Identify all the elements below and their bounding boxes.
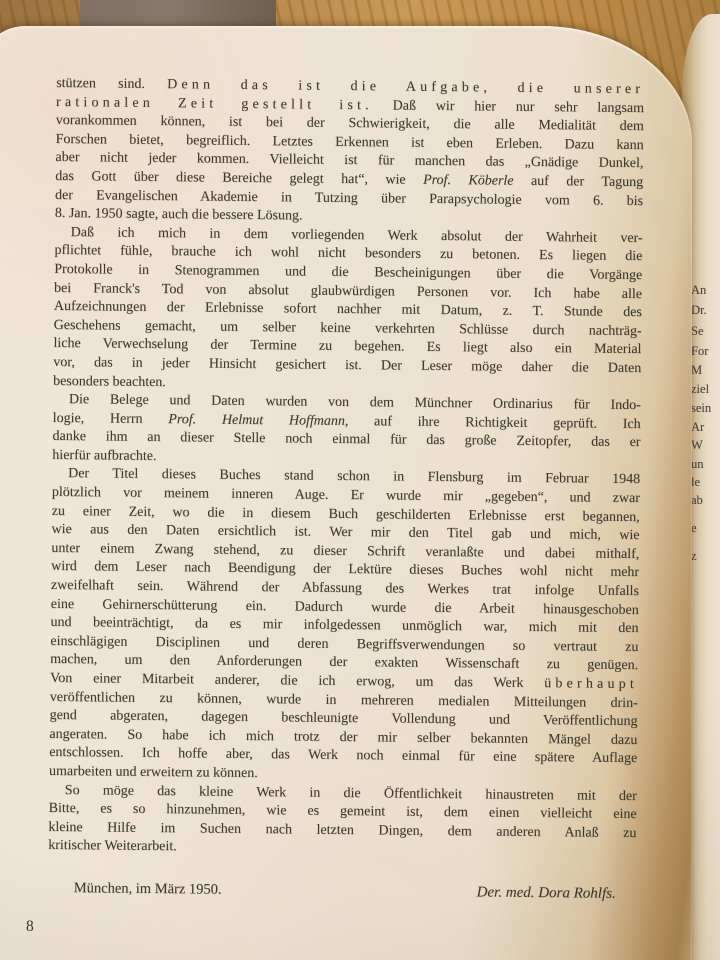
letterspaced-text: Denn das ist die Aufgabe, die unserer <box>167 77 644 97</box>
facing-page-fragment: Ar <box>691 420 720 435</box>
paragraph: So möge das kleine Werk in die Öffentlic… <box>48 781 637 862</box>
body-text: Von einer Mitarbeit anderer, die ich erw… <box>50 671 544 691</box>
page-text-block: stützen sind. Denn das ist die Aufgabe, … <box>48 75 645 903</box>
paragraphs: stützen sind. Denn das ist die Aufgabe, … <box>48 75 644 862</box>
facing-page-fragment: e <box>691 521 720 536</box>
letterspaced-text: rationalen Zeit gestellt ist. <box>56 95 373 113</box>
facing-page-fragment: le <box>691 475 720 490</box>
facing-page-fragment: Dr. <box>691 303 720 318</box>
body-text: logie, Herrn <box>53 411 169 427</box>
body-text: stützen sind. <box>56 76 167 92</box>
facing-page-fragment: ziel <box>691 382 720 397</box>
facing-page-fragment: ab <box>691 493 720 508</box>
body-text: 8. Jan. 1950 sagte, auch die bessere Lös… <box>55 206 303 224</box>
facing-page-fragment: W <box>691 438 720 453</box>
page-number: 8 <box>26 918 34 936</box>
body-text: , auf ihre Richtigkeit geprüft. Ich <box>345 414 641 432</box>
body-text: das Gott über diese Bereiche gelegt hat“… <box>55 169 423 188</box>
facing-page-fragment: M <box>691 363 720 378</box>
body-text: umarbeiten und erweitern zu können. <box>49 764 258 781</box>
facing-page-fragment: un <box>691 457 720 472</box>
italic-text: Prof. Helmut Hoffmann <box>168 412 345 429</box>
facing-page-fragment: An <box>691 283 720 298</box>
facing-page-fragment: sein <box>691 401 720 416</box>
body-text: besonders beachten. <box>53 373 166 389</box>
body-text: hierfür aufbrachte. <box>52 448 156 464</box>
paragraph: stützen sind. Denn das ist die Aufgabe, … <box>55 75 645 230</box>
body-text: Daß wir hier nur sehr langsam <box>373 98 644 116</box>
paragraph: Daß ich mich in dem vorliegenden Werk ab… <box>53 224 643 397</box>
letterspaced-text: überhaupt <box>544 676 638 692</box>
facing-page-fragment: z <box>691 549 720 564</box>
dateline: München, im März 1950. <box>48 880 222 899</box>
italic-text: Prof. Köberle <box>423 173 514 189</box>
paragraph: Die Belege und Daten wurden von dem Münc… <box>52 391 641 472</box>
facing-page-fragment: Se <box>691 324 720 339</box>
book-photo: AnDr.SeForMzielseinArWunleabez stützen s… <box>0 0 720 960</box>
facing-page-fragment: For <box>691 344 720 359</box>
body-text: kritischer Weiterarbeit. <box>48 838 177 854</box>
author-signature: Der. med. Dora Rohlfs. <box>477 884 636 903</box>
body-text: auf der Tagung <box>513 174 643 190</box>
paragraph: Der Titel dieses Buches stand schon in F… <box>49 465 640 787</box>
